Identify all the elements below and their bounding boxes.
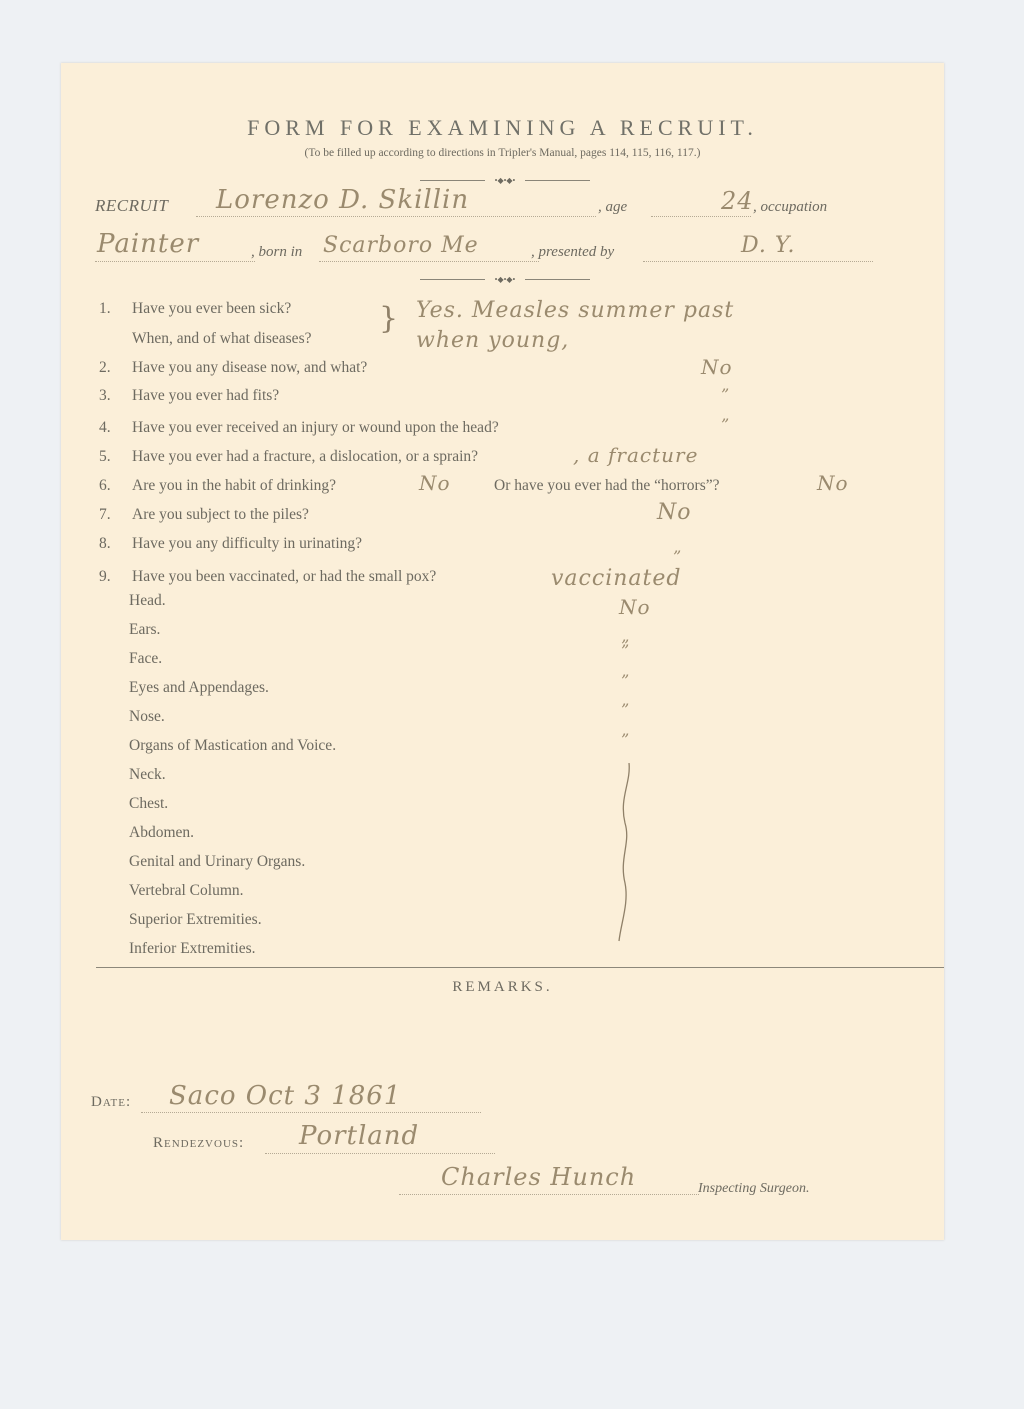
- body-part-superior: Superior Extremities.: [129, 911, 262, 929]
- remarks-heading: REMARKS.: [61, 979, 944, 996]
- body-part-nose: Nose.: [129, 708, 165, 726]
- date-label: Date:: [91, 1094, 131, 1111]
- born-in-field[interactable]: Scarboro Me: [323, 233, 479, 258]
- body-part-face: Face.: [129, 650, 162, 668]
- question-1b: When, and of what diseases?: [132, 330, 311, 348]
- answer-mastication[interactable]: ”: [621, 730, 630, 749]
- body-part-genital: Genital and Urinary Organs.: [129, 853, 305, 871]
- answer-3[interactable]: ”: [721, 385, 730, 404]
- answer-6b[interactable]: No: [817, 471, 849, 495]
- presented-by-field[interactable]: D. Y.: [741, 233, 796, 258]
- body-part-chest: Chest.: [129, 795, 168, 813]
- ornament-divider-top: •◆•◆•: [420, 177, 590, 185]
- body-part-mastication: Organs of Mastication and Voice.: [129, 737, 336, 755]
- question-8: 8. Have you any difficulty in urinating?: [132, 535, 362, 553]
- answer-5[interactable]: , a fracture: [573, 443, 698, 467]
- rendezvous-line: [265, 1152, 495, 1154]
- answer-8[interactable]: ”: [673, 547, 682, 566]
- answer-nose[interactable]: ”: [621, 700, 630, 719]
- question-text: Have you ever had a fracture, a dislocat…: [132, 448, 478, 465]
- question-text: Have you any disease now, and what?: [132, 359, 367, 376]
- question-text: Are you subject to the piles?: [132, 506, 309, 523]
- question-4: 4. Have you ever received an injury or w…: [132, 419, 499, 437]
- answer-face[interactable]: ”: [621, 641, 630, 660]
- ornament-divider-bottom: •◆•◆•: [420, 276, 590, 284]
- form-subtitle: (To be filled up according to directions…: [61, 147, 944, 159]
- age-line: [651, 215, 751, 217]
- answer-head[interactable]: No: [619, 595, 651, 619]
- handwritten-brace-icon: [617, 763, 637, 943]
- occupation-label: , occupation: [753, 199, 827, 216]
- question-7: 7. Are you subject to the piles?: [132, 506, 309, 524]
- body-part-eyes: Eyes and Appendages.: [129, 679, 269, 697]
- brace-icon: }: [379, 301, 398, 336]
- question-6: 6. Are you in the habit of drinking?: [132, 477, 336, 495]
- recruit-name-field[interactable]: Lorenzo D. Skillin: [216, 185, 469, 215]
- body-part-ears: Ears.: [129, 621, 160, 639]
- body-part-abdomen: Abdomen.: [129, 824, 194, 842]
- answer-9[interactable]: vaccinated: [551, 566, 681, 591]
- section-divider: [96, 967, 944, 968]
- answer-1[interactable]: Yes. Measles summer past: [416, 298, 734, 323]
- answer-eyes[interactable]: ”: [621, 671, 630, 690]
- answer-6[interactable]: No: [419, 471, 451, 495]
- body-part-inferior: Inferior Extremities.: [129, 940, 256, 958]
- body-part-vertebral: Vertebral Column.: [129, 882, 244, 900]
- recruit-name-line: [196, 215, 596, 217]
- occupation-field[interactable]: Painter: [97, 229, 199, 259]
- question-text: Have you been vaccinated, or had the sma…: [132, 568, 436, 585]
- question-2: 2. Have you any disease now, and what?: [132, 359, 367, 377]
- occupation-line: [95, 260, 255, 262]
- answer-2[interactable]: No: [701, 355, 733, 379]
- rendezvous-label: Rendezvous:: [153, 1135, 244, 1152]
- question-3: 3. Have you ever had fits?: [132, 387, 279, 405]
- answer-7[interactable]: No: [657, 500, 692, 525]
- question-text: When, and of what diseases?: [132, 330, 311, 347]
- question-9: 9. Have you been vaccinated, or had the …: [132, 568, 436, 586]
- date-field[interactable]: Saco Oct 3 1861: [169, 1081, 401, 1111]
- born-in-line: [319, 260, 539, 262]
- answer-4[interactable]: ”: [721, 415, 730, 434]
- question-text: Are you in the habit of drinking?: [132, 477, 336, 494]
- question-text: Or have you ever had the “horrors”?: [494, 477, 720, 494]
- born-in-label: , born in: [251, 244, 302, 261]
- date-line: [141, 1111, 481, 1113]
- question-text: Have you any difficulty in urinating?: [132, 535, 362, 552]
- answer-1b[interactable]: when young,: [416, 328, 569, 353]
- age-field[interactable]: 24: [721, 187, 754, 215]
- question-text: Have you ever received an injury or woun…: [132, 419, 499, 436]
- question-text: Have you ever been sick?: [132, 300, 291, 317]
- question-5: 5. Have you ever had a fracture, a dislo…: [132, 448, 478, 466]
- question-6b: Or have you ever had the “horrors”?: [494, 477, 720, 495]
- inspecting-surgeon-label: Inspecting Surgeon.: [698, 1181, 809, 1197]
- form-page: FORM FOR EXAMINING A RECRUIT. (To be fil…: [61, 63, 944, 1240]
- body-part-head: Head.: [129, 592, 166, 610]
- form-title: FORM FOR EXAMINING A RECRUIT.: [61, 115, 944, 141]
- signature-line: [399, 1193, 699, 1195]
- body-part-neck: Neck.: [129, 766, 166, 784]
- recruit-label: RECRUIT: [95, 196, 168, 216]
- age-label: , age: [598, 199, 627, 216]
- question-1: 1. Have you ever been sick?: [132, 300, 291, 318]
- question-text: Have you ever had fits?: [132, 387, 279, 404]
- presented-by-line: [643, 260, 873, 262]
- presented-by-label: , presented by: [531, 244, 614, 261]
- surgeon-signature-field[interactable]: Charles Hunch: [441, 1163, 636, 1191]
- rendezvous-field[interactable]: Portland: [299, 1121, 419, 1151]
